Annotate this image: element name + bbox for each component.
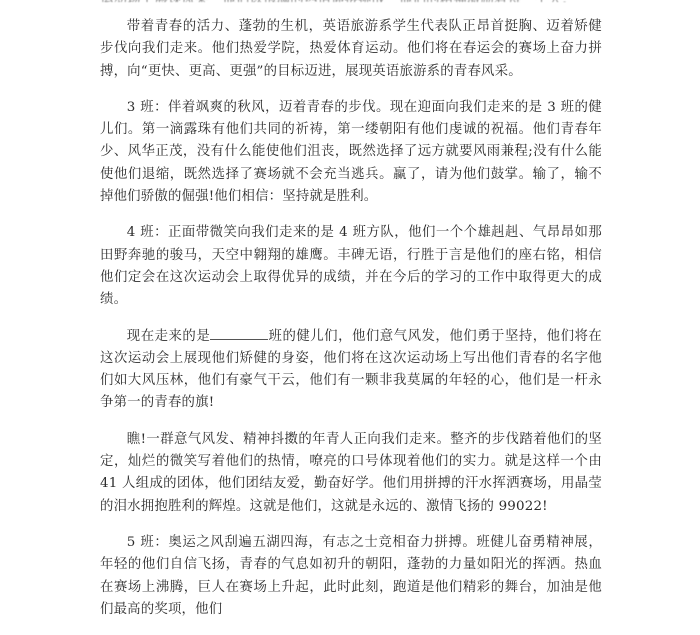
paragraph-class-4: 4 班：正面带微笑向我们走来的是 4 班方队，他们一个个雄赳赳、气昂昂如那田野奔…: [100, 222, 602, 311]
document-page: 运动场上展现风采，他们以饱满的热情迎接挑战，他们的精神激励着每一个人。 带着青春…: [100, 0, 602, 470]
cut-off-paragraph: 运动场上展现风采，他们以饱满的热情迎接挑战，他们的精神激励着每一个人。: [100, 0, 602, 2]
paragraph-english-tourism: 带着青春的活力、蓬勃的生机，英语旅游系学生代表队正昂首挺胸、迈着矫健步伐向我们走…: [100, 16, 602, 83]
paragraph-class-blank: 现在走来的是班的健儿们，他们意气风发，他们勇于坚持，他们将在这次运动会上展现他们…: [100, 326, 602, 415]
text-before-blank: 现在走来的是: [127, 329, 210, 344]
paragraph-class-3: 3 班：伴着飒爽的秋风，迈着青春的步伐。现在迎面向我们走来的是 3 班的健儿们。…: [100, 97, 602, 208]
paragraph-class-99022: 瞧!一群意气风发、精神抖擞的年青人正向我们走来。整齐的步伐踏着他们的坚定，灿烂的…: [100, 429, 602, 470]
fill-in-blank: [210, 327, 268, 340]
